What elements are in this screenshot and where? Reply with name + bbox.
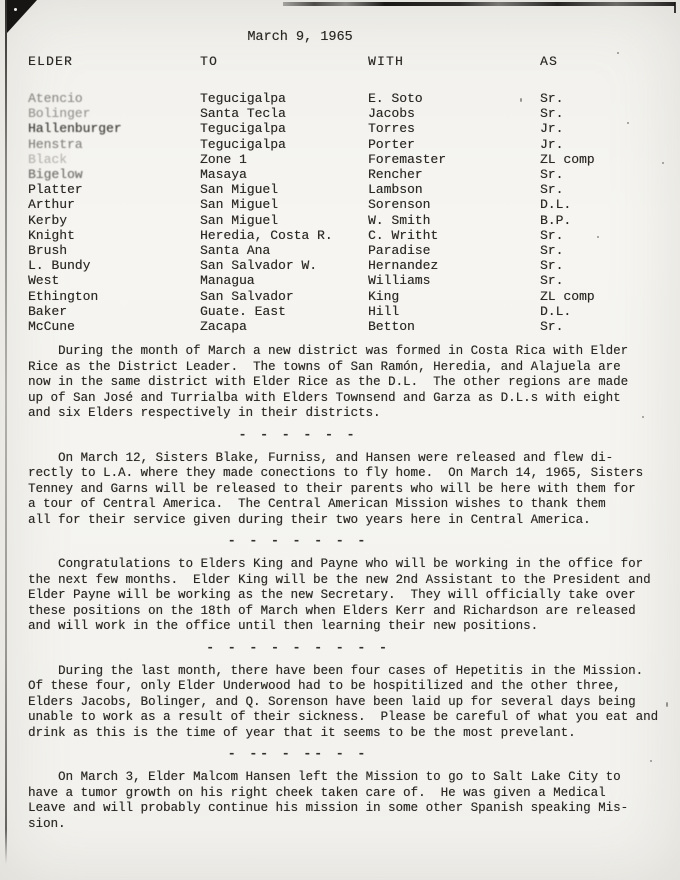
cell-to: San Salvador <box>200 289 368 304</box>
cell-elder: West <box>28 273 200 288</box>
cell-with: Sorenson <box>368 197 540 212</box>
paragraph: During the last month, there have been f… <box>28 664 664 742</box>
cell-with: Porter <box>368 137 540 152</box>
cell-with: Hernandez <box>368 258 540 273</box>
scan-top-edge-line-artifact <box>283 2 675 6</box>
cell-elder: Baker <box>28 304 200 319</box>
scan-corner-dot-artifact <box>14 8 17 11</box>
cell-to: Tegucigalpa <box>200 91 368 106</box>
column-header-to: TO <box>200 54 368 69</box>
dashed-separator: - -- - -- - - <box>0 747 638 760</box>
cell-with: C. Writht <box>368 228 540 243</box>
cell-elder: Platter <box>28 182 200 197</box>
paragraph: On March 12, Sisters Blake, Furniss, and… <box>28 451 664 529</box>
cell-as: Sr. <box>540 319 680 334</box>
table-row: ArthurSan MiguelSorensonD.L. <box>0 197 680 212</box>
cell-to: San Salvador W. <box>200 258 368 273</box>
table-row: HallenburgerTegucigalpaTorresJr. <box>0 121 680 136</box>
cell-as: Jr. <box>540 137 680 152</box>
cell-to: Heredia, Costa R. <box>200 228 368 243</box>
table-row: McCuneZacapaBettonSr. <box>0 319 680 334</box>
cell-elder: Brush <box>28 243 200 258</box>
cell-to: San Miguel <box>200 213 368 228</box>
cell-elder: Knight <box>28 228 200 243</box>
page-title: March 9, 1965 <box>0 30 640 45</box>
cell-with: E. Soto <box>368 91 540 106</box>
document-body: During the month of March a new district… <box>0 344 680 832</box>
table-row: PlatterSan MiguelLambsonSr. <box>0 182 680 197</box>
cell-to: Managua <box>200 273 368 288</box>
table-row: KerbySan MiguelW. SmithB.P. <box>0 213 680 228</box>
table-row: WestManaguaWilliamsSr. <box>0 273 680 288</box>
table-row: EthingtonSan SalvadorKingZL comp <box>0 289 680 304</box>
column-header-with: WITH <box>368 54 540 69</box>
scan-corner-fold-artifact <box>7 0 37 33</box>
table-row: BolingerSanta TeclaJacobsSr. <box>0 106 680 121</box>
cell-to: Tegucigalpa <box>200 121 368 136</box>
cell-as: Sr. <box>540 243 680 258</box>
cell-elder: Arthur <box>28 197 200 212</box>
table-row: BrushSanta AnaParadiseSr. <box>0 243 680 258</box>
cell-as: Sr. <box>540 228 680 243</box>
table-row: KnightHeredia, Costa R.C. WrithtSr. <box>0 228 680 243</box>
cell-elder: Bigelow <box>28 167 200 182</box>
cell-as: Sr. <box>540 91 680 106</box>
cell-as: Sr. <box>540 167 680 182</box>
cell-to: Masaya <box>200 167 368 182</box>
scan-right-tick-artifact <box>674 2 676 13</box>
cell-with: Foremaster <box>368 152 540 167</box>
transfer-table-header: ELDER TO WITH AS <box>0 54 680 69</box>
dashed-separator: - - - - - - - - - <box>0 641 638 654</box>
cell-with: King <box>368 289 540 304</box>
cell-as: ZL comp <box>540 289 680 304</box>
scan-speck <box>666 702 668 707</box>
column-header-elder: ELDER <box>28 54 200 69</box>
cell-with: W. Smith <box>368 213 540 228</box>
cell-with: Rencher <box>368 167 540 182</box>
cell-as: B.P. <box>540 213 680 228</box>
table-row: BakerGuate. EastHillD.L. <box>0 304 680 319</box>
cell-as: Sr. <box>540 106 680 121</box>
cell-to: Guate. East <box>200 304 368 319</box>
cell-elder: Atencio <box>28 91 200 106</box>
cell-to: Zacapa <box>200 319 368 334</box>
cell-elder: Black <box>28 152 200 167</box>
table-row: HenstraTegucigalpaPorterJr. <box>0 137 680 152</box>
cell-as: ZL comp <box>540 152 680 167</box>
cell-with: Hill <box>368 304 540 319</box>
table-row: BigelowMasayaRencherSr. <box>0 167 680 182</box>
table-row: AtencioTegucigalpaE. SotoSr. <box>0 91 680 106</box>
cell-elder: L. Bundy <box>28 258 200 273</box>
cell-to: Santa Tecla <box>200 106 368 121</box>
cell-to: San Miguel <box>200 197 368 212</box>
cell-to: Zone 1 <box>200 152 368 167</box>
scan-speck <box>642 416 644 418</box>
cell-elder: Ethington <box>28 289 200 304</box>
scan-speck <box>520 98 522 102</box>
transfer-table-body: AtencioTegucigalpaE. SotoSr.BolingerSant… <box>0 91 680 334</box>
cell-elder: McCune <box>28 319 200 334</box>
scan-speck <box>597 236 599 238</box>
cell-as: Jr. <box>540 121 680 136</box>
paragraph: On March 3, Elder Malcom Hansen left the… <box>28 770 664 832</box>
cell-elder: Hallenburger <box>28 121 200 136</box>
document-page: March 9, 1965 ELDER TO WITH AS AtencioTe… <box>0 0 680 880</box>
cell-with: Lambson <box>368 182 540 197</box>
cell-with: Betton <box>368 319 540 334</box>
table-row: BlackZone 1ForemasterZL comp <box>0 152 680 167</box>
cell-elder: Henstra <box>28 137 200 152</box>
cell-as: Sr. <box>540 182 680 197</box>
cell-with: Williams <box>368 273 540 288</box>
scan-speck <box>650 760 652 762</box>
scan-speck <box>617 52 619 54</box>
transfer-table: ELDER TO WITH AS AtencioTegucigalpaE. So… <box>0 54 680 334</box>
cell-to: San Miguel <box>200 182 368 197</box>
cell-elder: Kerby <box>28 213 200 228</box>
cell-with: Paradise <box>368 243 540 258</box>
cell-to: Tegucigalpa <box>200 137 368 152</box>
table-row: L. BundySan Salvador W.HernandezSr. <box>0 258 680 273</box>
cell-as: D.L. <box>540 304 680 319</box>
dashed-separator: - - - - - - <box>0 428 638 441</box>
cell-to: Santa Ana <box>200 243 368 258</box>
cell-with: Torres <box>368 121 540 136</box>
column-header-as: AS <box>540 54 680 69</box>
cell-with: Jacobs <box>368 106 540 121</box>
cell-as: Sr. <box>540 258 680 273</box>
cell-as: D.L. <box>540 197 680 212</box>
dashed-separator: - - - - - - - <box>0 534 638 547</box>
cell-elder: Bolinger <box>28 106 200 121</box>
scan-speck <box>627 122 629 124</box>
cell-as: Sr. <box>540 273 680 288</box>
paragraph: During the month of March a new district… <box>28 344 664 422</box>
paragraph: Congratulations to Elders King and Payne… <box>28 557 664 635</box>
scan-speck <box>662 162 664 164</box>
